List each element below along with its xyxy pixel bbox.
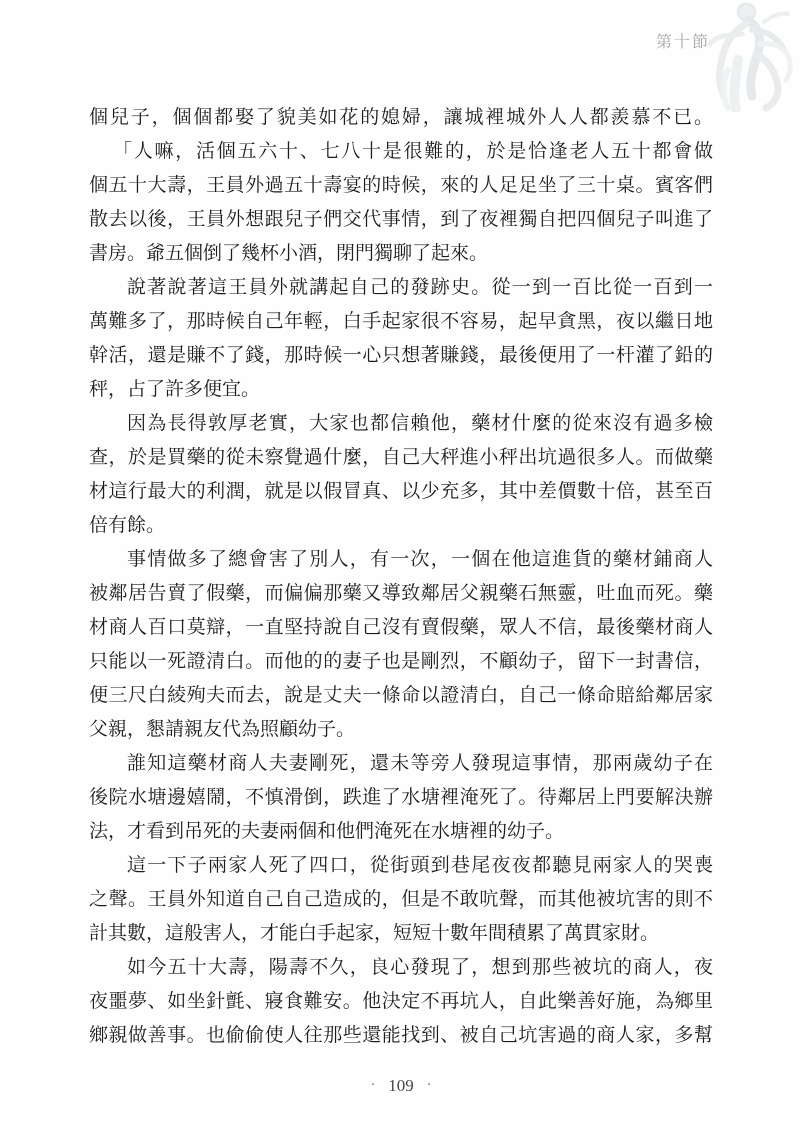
text-line: 便三尺白綾殉夫而去，說是丈夫一條命以證清白，自己一條命賠給鄰居家 (89, 679, 713, 713)
section-heading: 第十節 (656, 29, 710, 52)
text-line: 「人嘛，活個五六十、七八十是很難的，於是恰逢老人五十都會做 (89, 135, 713, 169)
text-line: 法，才看到吊死的夫妻兩個和他們淹死在水塘裡的幼子。 (89, 815, 713, 849)
text-line: 這一下子兩家人死了四口，從街頭到巷尾夜夜都聽見兩家人的哭喪 (89, 849, 713, 883)
page-footer: ·109· (89, 1076, 713, 1096)
text-line: 散去以後，王員外想跟兒子們交代事情，到了夜裡獨自把四個兒子叫進了 (89, 203, 713, 237)
ink-figure-watermark (688, 0, 798, 112)
text-line: 之聲。王員外知道自己自己造成的，但是不敢吭聲，而其他被坑害的則不 (89, 883, 713, 917)
text-line: 秤，占了許多便宜。 (89, 373, 713, 407)
text-line: 後院水塘邊嬉鬧，不慎滑倒，跌進了水塘裡淹死了。待鄰居上門要解決辦 (89, 781, 713, 815)
book-page: 第十節 個兒子，個個都娶了貌美如花的媳婦，讓城裡城外人人都羨慕不已。「人嘛，活個… (0, 0, 800, 1137)
text-line: 查，於是買藥的從未察覺過什麼，自己大秤進小秤出坑過很多人。而做藥 (89, 441, 713, 475)
text-line: 父親，懇請親友代為照顧幼子。 (89, 713, 713, 747)
text-line: 書房。爺五個倒了幾杯小酒，閉門獨聊了起來。 (89, 237, 713, 271)
text-line: 倍有餘。 (89, 509, 713, 543)
text-line: 鄉親做善事。也偷偷使人往那些還能找到、被自己坑害過的商人家，多幫 (89, 1019, 713, 1053)
text-line: 萬難多了，那時候自己年輕，白手起家很不容易，起早貪黑，夜以繼日地 (89, 305, 713, 339)
text-line: 只能以一死證清白。而他的的妻子也是剛烈，不顧幼子，留下一封書信， (89, 645, 713, 679)
text-line: 個五十大壽，王員外過五十壽宴的時候，來的人足足坐了三十桌。賓客們 (89, 169, 713, 203)
body-text: 個兒子，個個都娶了貌美如花的媳婦，讓城裡城外人人都羨慕不已。「人嘛，活個五六十、… (89, 101, 713, 1053)
text-line: 材商人百口莫辯，一直堅持說自己沒有賣假藥，眾人不信，最後藥材商人 (89, 611, 713, 645)
text-line: 材這行最大的利潤，就是以假冒真、以少充多，其中差價數十倍，甚至百 (89, 475, 713, 509)
footer-left-dot: · (371, 1078, 376, 1093)
text-line: 說著說著這王員外就講起自己的發跡史。從一到一百比從一百到一 (89, 271, 713, 305)
text-line: 因為長得敦厚老實，大家也都信賴他，藥材什麼的從來沒有過多檢 (89, 407, 713, 441)
text-line: 被鄰居告賣了假藥，而偏偏那藥又導致鄰居父親藥石無靈，吐血而死。藥 (89, 577, 713, 611)
text-line: 個兒子，個個都娶了貌美如花的媳婦，讓城裡城外人人都羨慕不已。 (89, 101, 713, 135)
text-line: 事情做多了總會害了別人，有一次，一個在他這進貨的藥材鋪商人 (89, 543, 713, 577)
text-line: 誰知這藥材商人夫妻剛死，還未等旁人發現這事情，那兩歲幼子在 (89, 747, 713, 781)
footer-right-dot: · (427, 1078, 432, 1093)
text-line: 夜噩夢、如坐針氈、寢食難安。他決定不再坑人，自此樂善好施，為鄉里 (89, 985, 713, 1019)
page-number: 109 (388, 1076, 414, 1095)
text-line: 幹活，還是賺不了錢，那時候一心只想著賺錢，最後便用了一杆灌了鉛的 (89, 339, 713, 373)
text-line: 計其數，這般害人，才能白手起家，短短十數年間積累了萬貫家財。 (89, 917, 713, 951)
text-line: 如今五十大壽，陽壽不久，良心發現了，想到那些被坑的商人，夜 (89, 951, 713, 985)
